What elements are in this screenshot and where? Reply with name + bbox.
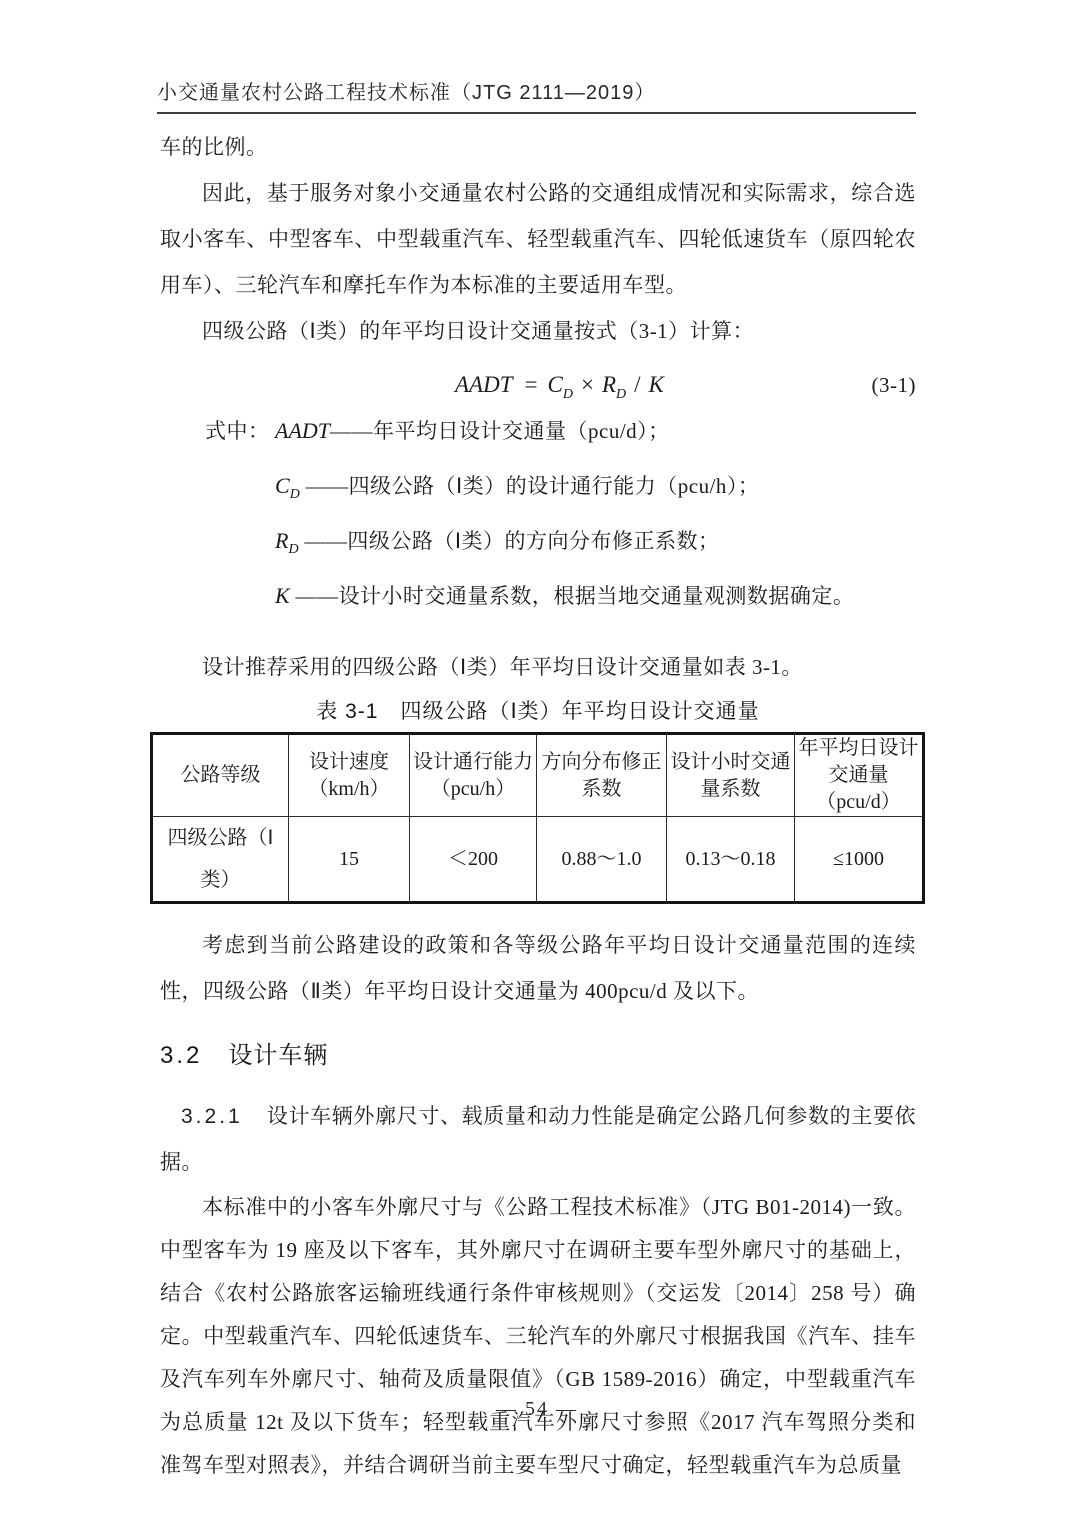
clause-number: 3.2.1 xyxy=(181,1105,243,1128)
formula-var-r: R xyxy=(602,372,616,397)
definition-desc: ——四级公路（Ⅰ类）的方向分布修正系数； xyxy=(299,529,720,553)
section-title: 设计车辆 xyxy=(228,1042,328,1069)
cell-direction-factor: 0.88～1.0 xyxy=(537,817,667,903)
cell-road-class: 四级公路（Ⅰ类） xyxy=(152,817,289,903)
where-label: 式中： xyxy=(205,408,270,454)
formula-times: × xyxy=(581,372,594,397)
formula-var-k: K xyxy=(649,372,664,397)
cell-design-speed: 15 xyxy=(289,817,410,903)
paragraph-recommend: 设计推荐采用的四级公路（Ⅰ类）年平均日设计交通量如表 3-1。 xyxy=(160,644,916,690)
document-page: 小交通量农村公路工程技术标准（JTG 2111—2019） 车的比例。 因此，基… xyxy=(0,0,1074,1520)
formula-row: AADT=CD×RD/K (3-1) xyxy=(160,362,916,408)
formula-sub-c: D xyxy=(563,387,573,402)
paragraph-carryover: 车的比例。 xyxy=(160,124,916,170)
formula-slash: / xyxy=(634,372,640,397)
table-row: 四级公路（Ⅰ类） 15 ＜200 0.88～1.0 0.13～0.18 ≤100… xyxy=(152,817,924,903)
clause-text: 设计车辆外廓尺寸、载质量和动力性能是确定公路几何参数的主要依据。 xyxy=(160,1105,916,1174)
cell-design-capacity: ＜200 xyxy=(410,817,537,903)
table-title: 表 3-1 四级公路（Ⅰ类）年平均日设计交通量 xyxy=(160,696,916,728)
definition-row: CD ——四级公路（Ⅰ类）的设计通行能力（pcu/h）； xyxy=(160,463,916,518)
section-heading-3-2: 3.2设计车辆 xyxy=(160,1038,916,1074)
cell-hourly-factor: 0.13～0.18 xyxy=(667,817,795,903)
running-header-title: 小交通量农村公路工程技术标准（JTG 2111—2019） xyxy=(157,82,655,104)
definition-row: RD ——四级公路（Ⅰ类）的方向分布修正系数； xyxy=(160,518,916,573)
formula-equals: = xyxy=(525,372,538,397)
definition-desc: ——四级公路（Ⅰ类）的设计通行能力（pcu/h）； xyxy=(300,474,760,498)
formula-sub-r: D xyxy=(616,387,626,402)
definition-desc: ——年平均日设计交通量（pcu/d）； xyxy=(330,419,670,443)
page-content: 车的比例。 因此，基于服务对象小交通量农村公路的交通组成情况和实际需求，综合选取… xyxy=(160,124,916,1487)
col-header-direction-factor: 方向分布修正 系数 xyxy=(537,734,667,817)
col-header-design-speed: 设计速度 （km/h） xyxy=(289,734,410,817)
table-header-row: 公路等级 设计速度 （km/h） 设计通行能力 （pcu/h） 方向分布修正 系… xyxy=(152,734,924,817)
formula-var-c: C xyxy=(547,372,562,397)
traffic-volume-table: 公路等级 设计速度 （km/h） 设计通行能力 （pcu/h） 方向分布修正 系… xyxy=(150,732,925,904)
cell-aadt: ≤1000 xyxy=(795,817,924,903)
page-number: — 54 — xyxy=(0,1398,1074,1421)
paragraph-standard: 本标准中的小客车外廓尺寸与《公路工程技术标准》（JTG B01-2014)一致。… xyxy=(160,1186,916,1487)
formula-definitions: 式中： AADT——年平均日设计交通量（pcu/d）； CD ——四级公路（Ⅰ类… xyxy=(160,408,916,628)
definition-desc: ——设计小时交通量系数，根据当地交通量观测数据确定。 xyxy=(290,584,855,608)
paragraph-formula-intro: 四级公路（Ⅰ类）的年平均日设计交通量按式（3-1）计算： xyxy=(160,308,916,354)
section-number: 3.2 xyxy=(160,1042,202,1069)
definition-term: K xyxy=(275,583,290,608)
col-header-design-capacity: 设计通行能力 （pcu/h） xyxy=(410,734,537,817)
definition-term: AADT xyxy=(275,418,330,443)
formula-var-aadt: AADT xyxy=(455,372,513,397)
col-header-road-class: 公路等级 xyxy=(152,734,289,817)
definition-term: CD xyxy=(275,473,300,498)
paragraph-therefore: 因此，基于服务对象小交通量农村公路的交通组成情况和实际需求，综合选取小客车、中型… xyxy=(160,170,916,308)
definition-term: RD xyxy=(275,528,299,553)
paragraph-continuity: 考虑到当前公路建设的政策和各等级公路年平均日设计交通量范围的连续性，四级公路（Ⅱ… xyxy=(160,922,916,1014)
equation-number: (3-1) xyxy=(872,362,916,408)
running-header: 小交通量农村公路工程技术标准（JTG 2111—2019） xyxy=(157,76,916,114)
col-header-aadt: 年平均日设计 交通量（pcu/d） xyxy=(795,734,924,817)
definition-row: 式中： AADT——年平均日设计交通量（pcu/d）； xyxy=(160,408,916,463)
definition-row: K ——设计小时交通量系数，根据当地交通量观测数据确定。 xyxy=(160,573,916,628)
clause-3-2-1: 3.2.1设计车辆外廓尺寸、载质量和动力性能是确定公路几何参数的主要依据。 xyxy=(160,1094,916,1186)
col-header-hourly-factor: 设计小时交通 量系数 xyxy=(667,734,795,817)
